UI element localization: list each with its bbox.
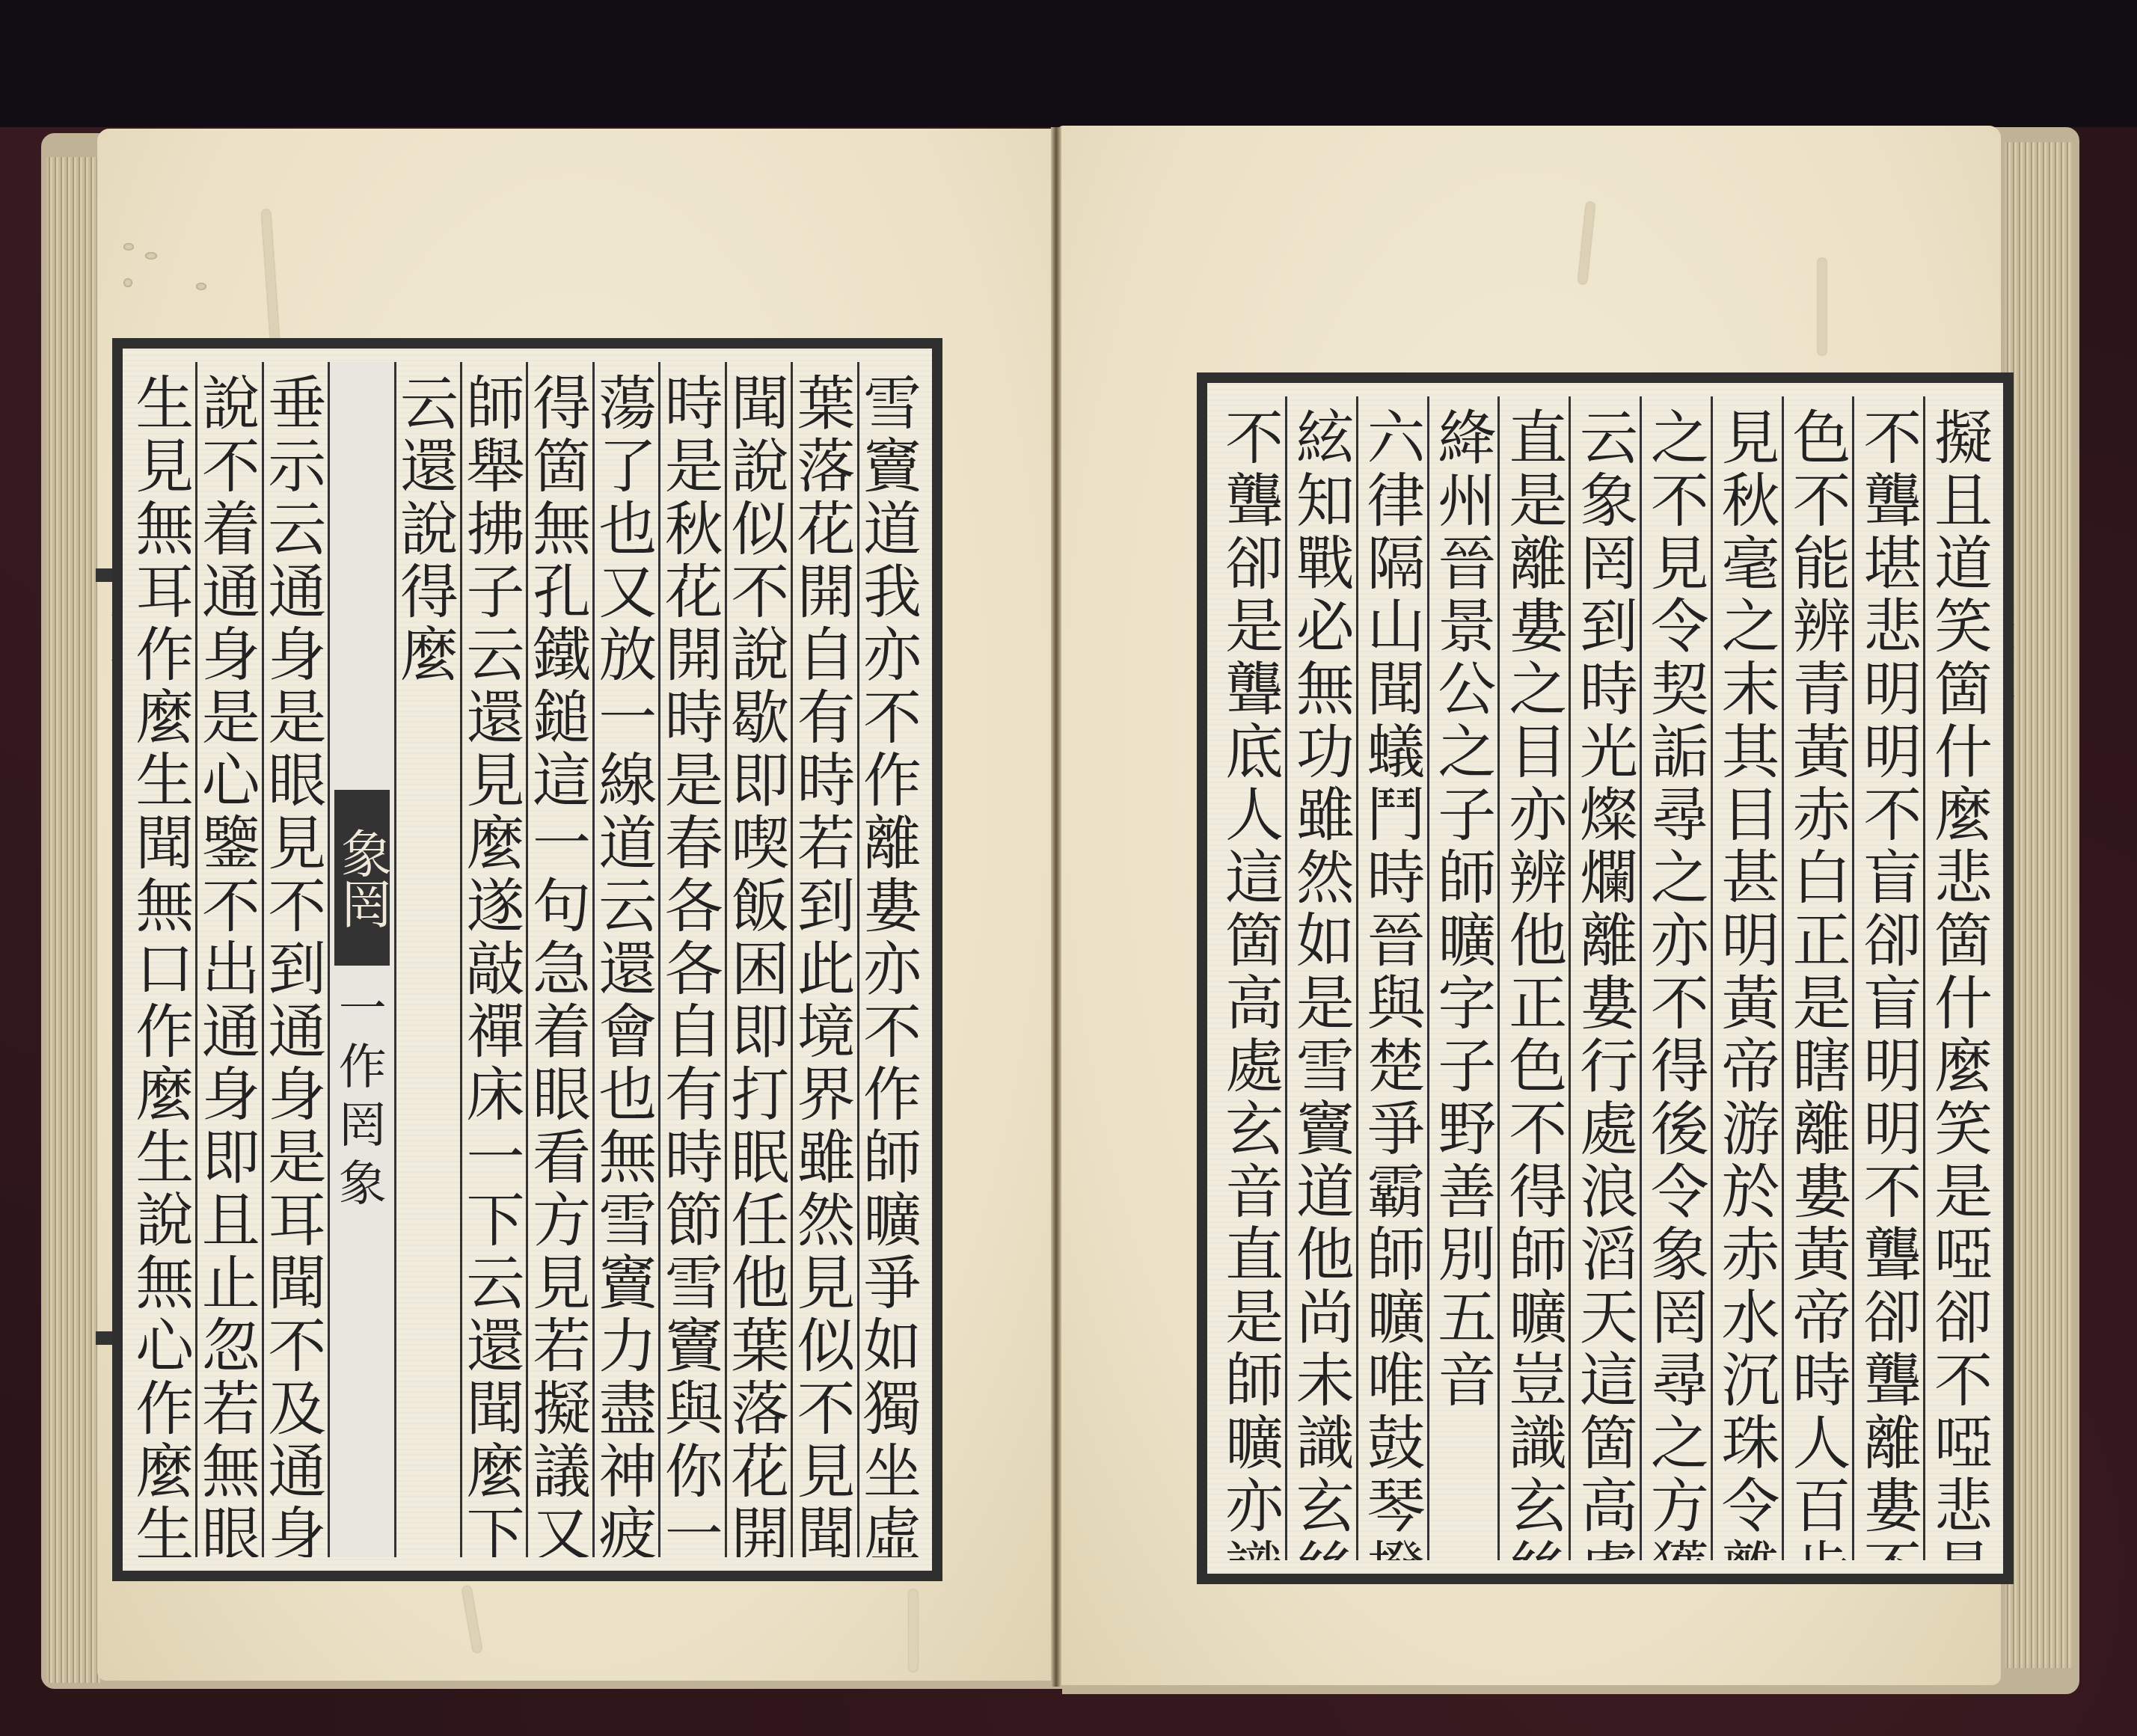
text-column: 葉落花開自有時若到此境界雖然見似不見聞似不 (791, 362, 856, 1557)
wormhole (196, 283, 206, 290)
annotation-tag: 象罔 (334, 790, 389, 966)
text-column: 時是秋花開時是春各各自有時節雪竇與你一時掃 (658, 362, 724, 1557)
text-column: 云象罔到時光燦爛離婁行處浪滔天這箇高處不着 (1569, 396, 1640, 1560)
left-text-frame: 雪竇道我亦不作離婁亦不作師曠爭如獨坐虛窓下 葉落花開自有時若到此境界雖然見似不見… (112, 338, 942, 1581)
text-column: 云還說得麼 (394, 362, 460, 1557)
wormhole (123, 243, 134, 251)
text-column: 師舉拂子云還見麼遂敲禪床一下云還聞麼下禪床 (460, 362, 526, 1557)
text-column: 生見無耳作麼生聞無口作麼生說無心作麼生鑒若 (132, 362, 195, 1557)
text-column: 垂示云通身是眼見不到通身是耳聞不及通身是口 (262, 362, 328, 1557)
dark-backdrop (0, 0, 2137, 127)
annotation-column: 象罔 一作罔象 (328, 362, 393, 1557)
text-column: 絳州晉景公之子師曠字子野善別五音 (1427, 396, 1498, 1560)
text-column: 得箇無孔鐵鎚這一句急着眼看方見若擬議又蹉過 (526, 362, 592, 1557)
text-column: 不聾卻是聾底人這箇高處玄音直是師曠亦識不得 (1216, 396, 1285, 1560)
wormhole (123, 278, 132, 287)
annotation-note: 一作罔象 (330, 983, 393, 1216)
text-column: 色不能辨青黃赤白正是瞎離婁黃帝時人百步外能 (1782, 396, 1853, 1560)
left-columns: 雪竇道我亦不作離婁亦不作師曠爭如獨坐虛窓下 葉落花開自有時若到此境界雖然見似不見… (132, 362, 923, 1557)
right-text-frame: 擬且道笑箇什麼悲箇什麼笑是啞卻不啞悲是聾卻 不聾堪悲明明不盲卻盲明明不聾卻聾離婁… (1197, 372, 2014, 1584)
text-column: 雪竇道我亦不作離婁亦不作師曠爭如獨坐虛窓下 (857, 362, 923, 1557)
text-column: 不聾堪悲明明不盲卻盲明明不聾卻聾離婁不辨正 (1852, 396, 1923, 1560)
text-column: 絃知戰必無功雖然如是雪竇道他尚未識玄絲在 (1285, 396, 1356, 1560)
left-fore-edge (46, 157, 100, 1683)
text-column: 擬且道笑箇什麼悲箇什麼笑是啞卻不啞悲是聾卻 (1923, 396, 1994, 1560)
text-column: 蕩了也又放一線道云還會也無雪竇力盡神疲只道 (592, 362, 658, 1557)
text-column: 直是離婁之目亦辨他正色不得師曠豈識玄絲周時 (1497, 396, 1569, 1560)
wormtrack (1818, 258, 1827, 355)
right-columns: 擬且道笑箇什麼悲箇什麼笑是啞卻不啞悲是聾卻 不聾堪悲明明不盲卻盲明明不聾卻聾離婁… (1216, 396, 1994, 1560)
text-column: 六律隔山聞蟻鬥時晉與楚爭霸師曠唯鼓琴撥動風 (1356, 396, 1427, 1560)
text-column: 見秋毫之末其目甚明黃帝游於赤水沉珠令離朱尋 (1711, 396, 1782, 1560)
wormhole (145, 252, 157, 260)
wormtrack (909, 1589, 918, 1672)
book-gutter (1051, 127, 1061, 1687)
text-column: 說不着通身是心鑒不出通身即且止忽若無眼作麼 (195, 362, 261, 1557)
text-column: 之不見令契詬尋之亦不得後令象罔尋之方獲之故 (1640, 396, 1711, 1560)
right-fore-edge (2005, 142, 2072, 1668)
text-column: 聞說似不說歇即喫飯困即打眠任他葉落花開葉落 (725, 362, 791, 1557)
